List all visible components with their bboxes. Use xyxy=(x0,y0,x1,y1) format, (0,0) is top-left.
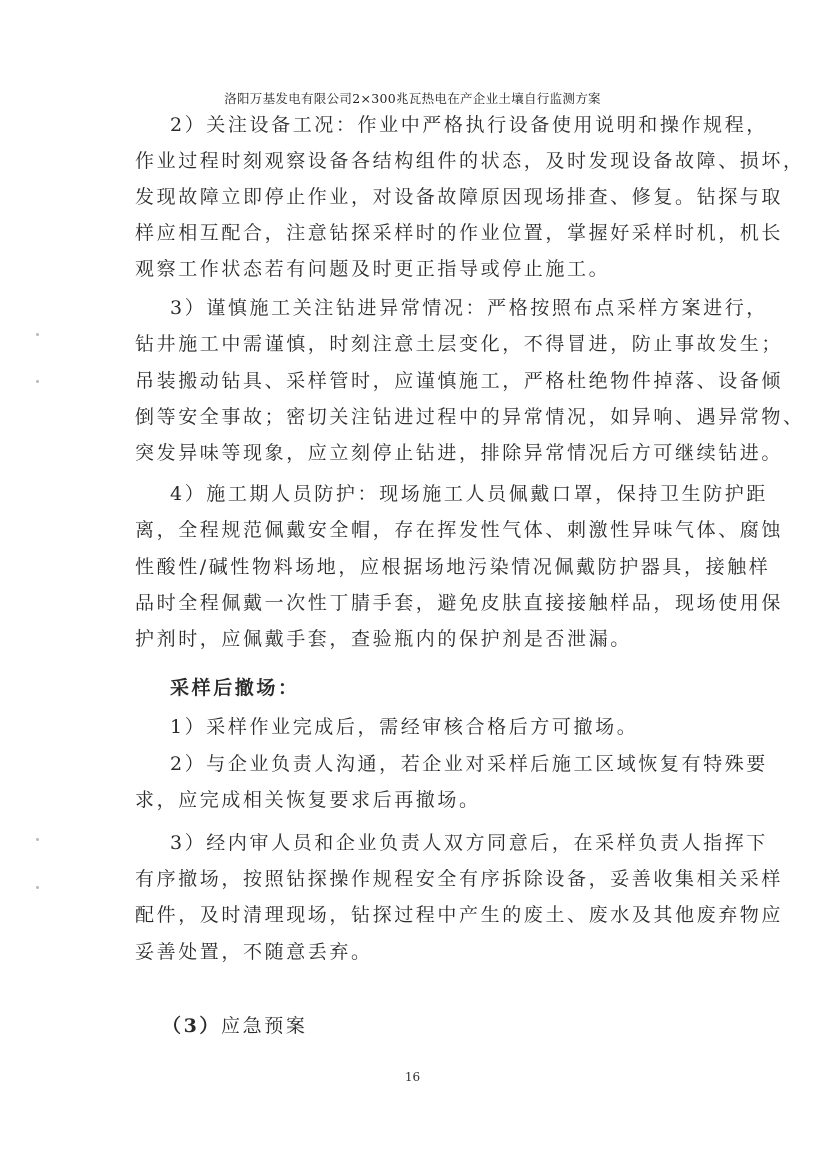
text-line: 吊装搬动钻具、采样管时，应谨慎施工，严格杜绝物件掉落、设备倾 xyxy=(135,369,783,393)
text-line: 3）经内审人员和企业负责人双方同意后，在采样负责人指挥下 xyxy=(170,831,768,855)
section-heading: （3）应急预案 xyxy=(162,1014,307,1038)
page-number: 16 xyxy=(0,1070,825,1084)
text-line: 妥善处置，不随意丢弃。 xyxy=(135,940,373,964)
text-line: 离，全程规范佩戴安全帽，存在挥发性气体、刺激性异味气体、腐蚀 xyxy=(135,518,783,542)
text-line: 作业过程时刻观察设备各结构组件的状态，及时发现设备故障、损坏， xyxy=(135,149,805,173)
text-line: 样应相互配合，注意钻探采样时的作业位置，掌握好采样时机，机长 xyxy=(135,221,783,245)
scan-speck xyxy=(36,838,39,841)
scan-speck xyxy=(36,886,39,889)
page-header: 洛阳万基发电有限公司2×300兆瓦热电在产企业土壤自行监测方案 xyxy=(0,89,825,107)
text-line: 性酸性/碱性物料场地，应根据场地污染情况佩戴防护器具，接触样 xyxy=(135,555,770,579)
text-line: 采样后撤场： xyxy=(170,676,300,700)
text-line: 钻井施工中需谨慎，时刻注意土层变化，不得冒进，防止事故发生； xyxy=(135,332,783,356)
section-number: （3） xyxy=(162,1015,221,1037)
text-line: 倒等安全事故；密切关注钻进过程中的异常情况，如异响、遇异常物、 xyxy=(135,405,805,429)
text-line: 2）与企业负责人沟通，若企业对采样后施工区域恢复有特殊要 xyxy=(170,752,768,776)
text-line: 发现故障立即停止作业，对设备故障原因现场排查、修复。钻探与取 xyxy=(135,185,783,209)
scan-speck xyxy=(36,380,39,383)
text-line: 有序撤场，按照钻探操作规程安全有序拆除设备，妥善收集相关采样 xyxy=(135,867,783,891)
text-line: 2）关注设备工况：作业中严格执行设备使用说明和操作规程， xyxy=(170,113,768,137)
text-line: 护剂时，应佩戴手套，查验瓶内的保护剂是否泄漏。 xyxy=(135,627,632,651)
text-line: 品时全程佩戴一次性丁腈手套，避免皮肤直接接触样品，现场使用保 xyxy=(135,591,783,615)
text-line: 3）谨慎施工关注钻进异常情况：严格按照布点采样方案进行， xyxy=(170,296,768,320)
section-title: 应急预案 xyxy=(221,1015,307,1037)
text-line: 突发异味等现象，应立刻停止钻进，排除异常情况后方可继续钻进。 xyxy=(135,441,783,465)
text-line: 4）施工期人员防护：现场施工人员佩戴口罩，保持卫生防护距 xyxy=(170,482,768,506)
text-line: 配件，及时清理现场，钻探过程中产生的废土、废水及其他废弃物应 xyxy=(135,903,783,927)
text-line: 观察工作状态若有问题及时更正指导或停止施工。 xyxy=(135,257,610,281)
text-line: 1）采样作业完成后，需经审核合格后方可撤场。 xyxy=(170,715,638,739)
scan-speck xyxy=(36,333,39,336)
text-line: 求，应完成相关恢复要求后再撤场。 xyxy=(135,788,481,812)
